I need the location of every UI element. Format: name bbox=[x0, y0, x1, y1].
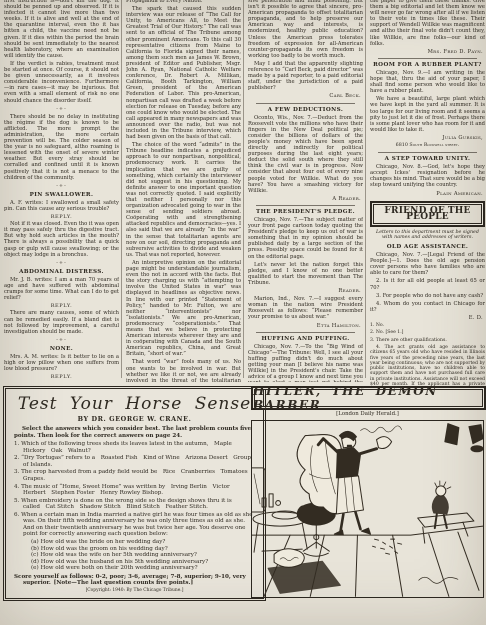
section-heading-step-toward-unity: A STEP TOWARD UNITY. bbox=[370, 156, 485, 162]
paragraph: Chicago, Nov. 7.—To the “Big Wind of Chi… bbox=[248, 344, 363, 382]
cartoon-title: HITLER, THE DEMON BARBER bbox=[251, 386, 486, 410]
letter-signature: Etta Hamilton. bbox=[248, 323, 361, 329]
fallen-bundle bbox=[274, 549, 304, 568]
column-rule-3 bbox=[365, 0, 366, 378]
quiz-question-3: 3. The crop harvested from a paddy field… bbox=[14, 469, 255, 482]
letter-signature: E. D. bbox=[370, 315, 483, 321]
reply-label: REPLY. bbox=[4, 374, 119, 378]
horse-sense-quiz-box: Test Your Horse Sense BY DR. GEORGE W. C… bbox=[3, 386, 266, 601]
bottle bbox=[276, 501, 281, 506]
letter-signature: Plain American. bbox=[370, 191, 483, 197]
reply-label: REPLY. bbox=[4, 303, 119, 309]
hanging-hat bbox=[471, 446, 483, 452]
paragraph: Chicago, Nov. 7.—The subject matter of y… bbox=[248, 217, 363, 260]
barber-legs bbox=[340, 512, 360, 532]
section-heading-pin-swallower: PIN SWALLOWER. bbox=[4, 192, 119, 198]
section-divider: -+- bbox=[4, 183, 119, 189]
section-divider: -+- bbox=[4, 260, 119, 266]
section-heading-none: NONE. bbox=[4, 346, 119, 352]
section-rule bbox=[378, 58, 477, 59]
barber-right-arm bbox=[356, 449, 376, 455]
section-rule bbox=[378, 152, 477, 153]
washstand-legs bbox=[254, 523, 307, 552]
section-rule bbox=[256, 332, 355, 333]
section-heading-huffing-and-puffing: HUFFING AND PUFFING. bbox=[248, 336, 363, 342]
quiz-question-5: 5. When embroidery is done on the wrong … bbox=[14, 498, 255, 511]
newspaper-page: { "marks": { "divider": "-+-" }, "col1":… bbox=[0, 0, 486, 625]
reply-label: REPLY. bbox=[4, 214, 119, 220]
customer-body bbox=[432, 496, 448, 514]
paragraph: Chicago, Nov. 8.—God, let's hope they ac… bbox=[370, 164, 485, 188]
barber-mustache bbox=[347, 445, 351, 447]
script-label bbox=[360, 426, 401, 433]
paragraph: The spark that caused this sudden interv… bbox=[126, 6, 241, 140]
section-heading-a-few-deductions: A FEW DEDUCTIONS. bbox=[248, 107, 363, 113]
paragraph: sive penetration and mind poisoning. But… bbox=[248, 0, 363, 59]
hanging-coat bbox=[445, 424, 459, 445]
letter-question: Mr. J. B. writes: I am a man 70 years of… bbox=[4, 277, 119, 301]
column-rule-2 bbox=[243, 0, 244, 378]
paragraph: Propaganda to Every Nation.” bbox=[126, 0, 241, 4]
cartoon-drawing bbox=[252, 421, 483, 597]
paragraph: Let's never let the nation forget this p… bbox=[248, 262, 363, 286]
quiz-scoring-note: Score yourself as follows: 0-2, poor; 3-… bbox=[14, 574, 255, 587]
paragraph: We have a beautiful, large plant which w… bbox=[370, 96, 485, 133]
letter-question: Mrs. A. M. writes: Is it better to lie o… bbox=[4, 354, 119, 372]
quiz-question-6: 6. When a certain man in India married a… bbox=[14, 512, 255, 538]
legal-answer: 2. No. [See 1.] bbox=[370, 330, 485, 335]
letter-signature: Carl Beck. bbox=[248, 93, 361, 99]
paragraph: the paper to give them these thanks. Giv… bbox=[370, 0, 485, 47]
quiz-title: Test Your Horse Sense bbox=[14, 394, 255, 414]
paragraph: 4. Whom do you contact in Chicago for it… bbox=[370, 301, 485, 313]
section-divider: -+- bbox=[4, 337, 119, 343]
paragraph: 3. For people who do not have any cash? bbox=[370, 293, 485, 299]
letter-signature: Julia Gurskis, bbox=[370, 135, 483, 141]
letter-question: A. F. writes: I swallowed a small safety… bbox=[4, 200, 119, 212]
paragraph: Oconto, Wis., Nov. 7.—Deduct from the Ro… bbox=[248, 115, 363, 194]
section-heading-abdominal-distress: ABDOMINAL DISTRESS. bbox=[4, 269, 119, 275]
quiz-byline: BY DR. GEORGE W. CRANE. bbox=[14, 415, 255, 423]
barber-jacket bbox=[336, 448, 360, 478]
paragraph: There should be no delay in instituting … bbox=[4, 114, 119, 181]
quiz-question-4: 4. The music of “Home, Sweet Home” was w… bbox=[14, 484, 255, 497]
friend-of-the-people-masthead: FRIEND OF THE PEOPLE bbox=[370, 201, 485, 227]
paragraph: An interpretive opinion on the editorial… bbox=[126, 260, 241, 358]
legal-answer: 3. There are other qualifications. bbox=[370, 338, 485, 343]
section-rule bbox=[256, 103, 355, 104]
legal-answer: 1. No. bbox=[370, 323, 485, 328]
floor-mat bbox=[268, 561, 340, 593]
paragraph: Marion, Ind., Nov. 7.—I suggest every wo… bbox=[248, 296, 363, 320]
paragraph: That word “war” fools many of us. No one… bbox=[126, 359, 241, 382]
cartoon-credit: [London Daily Herald.] bbox=[251, 411, 484, 417]
paragraph: The choice of the word “admits” in the T… bbox=[126, 142, 241, 258]
letter-signature: Reader. bbox=[248, 288, 361, 294]
section-heading-old-age-assistance: OLD AGE ASSISTANCE. bbox=[370, 244, 485, 250]
column-friend-of-the-people: the paper to give them these thanks. Giv… bbox=[370, 0, 485, 388]
legal-answer: 4. The act grants old age assistance to … bbox=[370, 345, 485, 388]
paragraph: May I add that the apparently slighting … bbox=[248, 61, 363, 91]
section-rule bbox=[256, 205, 355, 206]
reply-text: Not if it was closed. Even tho it was op… bbox=[4, 221, 119, 258]
customer-head bbox=[436, 486, 446, 496]
letter-signature: A Reader. bbox=[248, 196, 361, 202]
artist-signature bbox=[419, 577, 458, 583]
column-health-advice: first instruction is—don't kill the dog.… bbox=[4, 0, 119, 378]
letter-signature: Mrs. Fred D. Payn. bbox=[370, 49, 483, 55]
quiz-subquestion-e: (e) How old were both on their 20th wedd… bbox=[31, 565, 255, 572]
hanging-coat bbox=[469, 425, 483, 444]
paragraph: Chicago, Nov. 7.—[Legal Friend of the Pe… bbox=[370, 252, 485, 276]
section-divider: -+- bbox=[4, 106, 119, 112]
barber-apron bbox=[336, 476, 363, 514]
bottle bbox=[269, 494, 273, 507]
column-letter-call-for-unity: Propaganda to Every Nation.” The spark t… bbox=[126, 0, 241, 382]
barber-chair-base bbox=[303, 525, 329, 556]
column-letters-to-editor: sive penetration and mind poisoning. But… bbox=[248, 0, 363, 382]
column-rule-1 bbox=[121, 0, 122, 378]
plans-paper bbox=[377, 437, 392, 449]
paragraph: If the verdict is rabies, treatment must… bbox=[4, 61, 119, 104]
section-heading-presidents-pledge: THE PRESIDENT'S PLEDGE. bbox=[248, 209, 363, 215]
quiz-copyright: [Copyright: 1940: By The Chicago Tribune… bbox=[14, 588, 255, 593]
department-note: Letters to this department must be signe… bbox=[370, 230, 485, 241]
letter-address: 6810 South Rockwell street. bbox=[370, 143, 485, 149]
paragraph: 2. Is it for all old people at least 65 … bbox=[370, 278, 485, 290]
section-heading-rubber-plant: ROOM FOR A RUBBER PLANT? bbox=[370, 62, 485, 68]
hitler-barber-cartoon bbox=[251, 420, 484, 598]
quiz-question-1: 1. Which of the following trees sheds it… bbox=[14, 441, 255, 454]
paragraph: first instruction is—don't kill the dog.… bbox=[4, 0, 119, 59]
quiz-question-2: 2. “Dry Tortugas” refers to a Roasted Fi… bbox=[14, 455, 255, 468]
hair-clippings bbox=[373, 539, 402, 554]
reply-text: There are many causes, some of which can… bbox=[4, 310, 119, 334]
quiz-intro: Select the answers which you consider be… bbox=[14, 426, 255, 439]
paragraph: Chicago, Nov. 9.—I am writing in the hop… bbox=[370, 70, 485, 94]
